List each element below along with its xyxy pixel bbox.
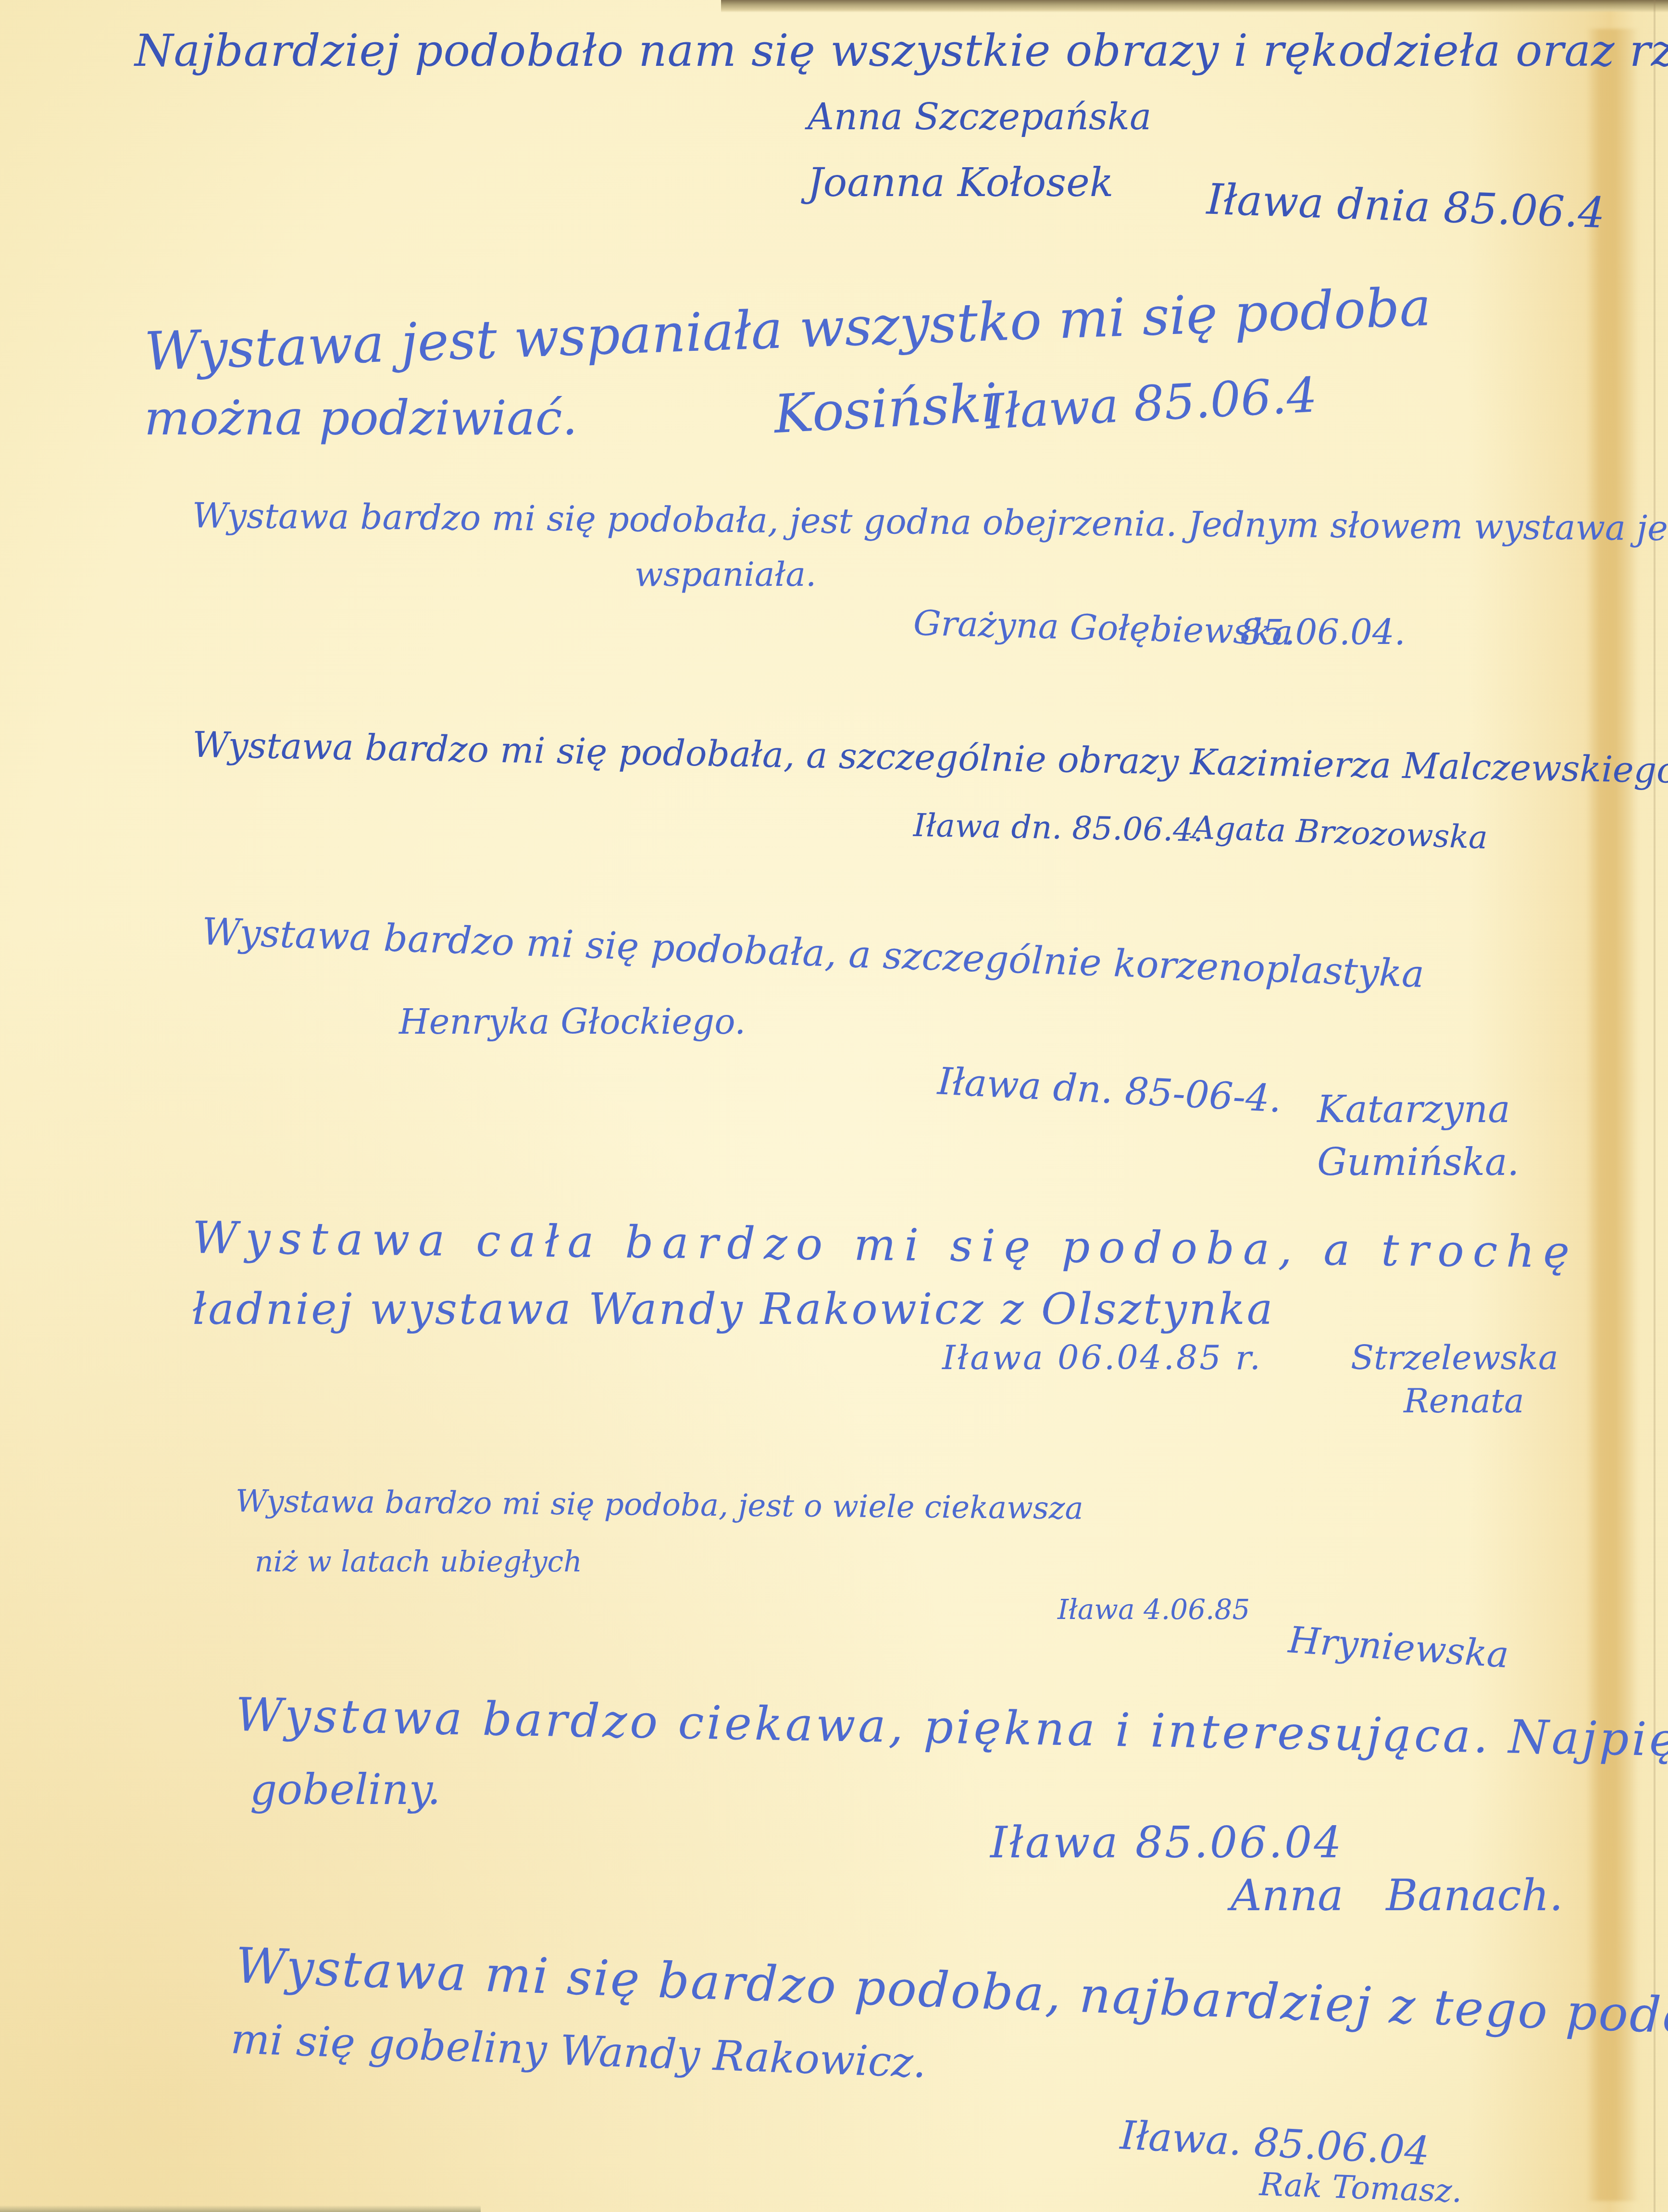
entry-6-text-line-2: ładniej wystawa Wandy Rakowicz z Olsztyn… bbox=[192, 1288, 1274, 1331]
entry-6-signature-2: Renata bbox=[1404, 1384, 1524, 1418]
entry-5-text-line-2: Henryka Głockiego. bbox=[399, 1004, 746, 1039]
entry-6-text-line-1: Wystawa cała bardzo mi się podoba, a tro… bbox=[192, 1216, 1579, 1274]
entry-7-signature: Hryniewska bbox=[1287, 1621, 1510, 1673]
entry-7-text-line-1: Wystawa bardzo mi się podoba, jest o wie… bbox=[236, 1486, 1083, 1524]
entry-2-text-line-2: można podziwiać. bbox=[144, 394, 577, 442]
entry-1-place-date: Iława dnia 85.06.4 bbox=[1206, 178, 1606, 235]
entry-8-text-line-1: Wystawa bardzo ciekawa, piękna i interes… bbox=[235, 1692, 1668, 1767]
guestbook-page: Najbardziej podobało nam się wszystkie o… bbox=[0, 0, 1668, 2212]
entry-2-text-line-1: Wystawa jest wspaniała wszystko mi się p… bbox=[144, 280, 1432, 378]
entry-2-signature: Kosiński bbox=[772, 376, 999, 441]
page-bottom-edge bbox=[0, 2205, 481, 2212]
entry-8-text-line-2: gobeliny. bbox=[250, 1768, 441, 1811]
entry-5-signature-2: Gumińska. bbox=[1317, 1144, 1519, 1181]
entry-3-signature: Grażyna Gołębiewska bbox=[913, 606, 1293, 650]
entry-3-text-line-2: wspaniała. bbox=[635, 557, 816, 591]
entry-3-place-date: 85.06.04. bbox=[1240, 615, 1406, 650]
entry-5-place-date: Iława dn. 85-06-4. bbox=[936, 1063, 1282, 1118]
entry-4-signature: Agata Brzozowska bbox=[1192, 812, 1488, 853]
page-top-edge bbox=[721, 0, 1668, 12]
entry-4-text: Wystawa bardzo mi się podobała, a szczeg… bbox=[192, 727, 1668, 789]
entry-7-place-date: Iława 4.06.85 bbox=[1058, 1595, 1250, 1623]
entry-5-signature-1: Katarzyna bbox=[1317, 1091, 1510, 1128]
page-fold bbox=[1654, 0, 1656, 2212]
entry-2-place-date: Iława 85.06.4 bbox=[984, 371, 1319, 436]
entry-8-signature: Anna Banach. bbox=[1231, 1874, 1563, 1917]
entry-8-place-date: Iława 85.06.04 bbox=[990, 1821, 1343, 1865]
entry-6-place-date: Iława 06.04.85 r. bbox=[942, 1341, 1262, 1374]
entry-7-text-line-2: niż w latach ubiegłych bbox=[255, 1547, 582, 1576]
entry-1-text: Najbardziej podobało nam się wszystkie o… bbox=[135, 29, 1668, 73]
water-stain bbox=[1586, 29, 1639, 2201]
entry-1-signature-1: Anna Szczepańska bbox=[808, 99, 1151, 135]
entry-9-text-line-2: mi się gobeliny Wandy Rakowicz. bbox=[230, 2018, 927, 2084]
entry-9-signature: Rak Tomasz. bbox=[1259, 2169, 1463, 2208]
entry-1-signature-2: Joanna Kołosek bbox=[808, 163, 1113, 203]
entry-5-text-line-1: Wystawa bardzo mi się podobała, a szczeg… bbox=[201, 913, 1425, 993]
entry-3-text-line-1: Wystawa bardzo mi się podobała, jest god… bbox=[192, 498, 1668, 545]
entry-6-signature-1: Strzelewska bbox=[1351, 1341, 1558, 1374]
entry-4-place-date: Iława dn. 85.06.4. bbox=[913, 810, 1203, 847]
entry-9-place-date: Iława. 85.06.04 bbox=[1119, 2116, 1431, 2172]
